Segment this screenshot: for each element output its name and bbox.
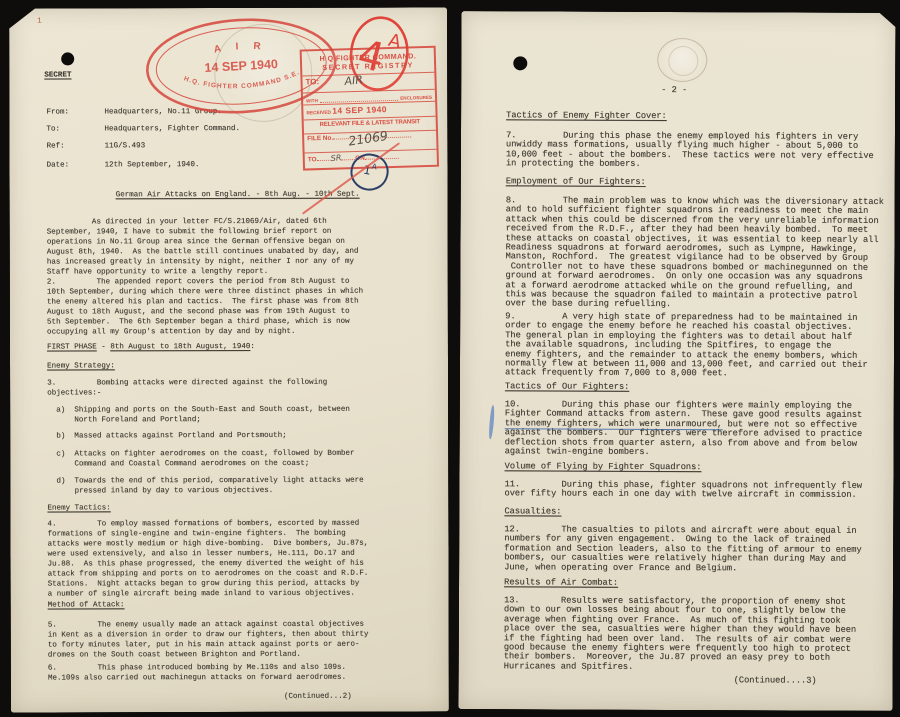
registry-received-label: RECEIVED xyxy=(306,111,331,117)
paragraph-1: As directed in your letter FC/S.21069/Ai… xyxy=(47,217,359,278)
heading-method-of-attack: Method of Attack: xyxy=(48,600,125,610)
meta-row-ref: Ref:11G/S.493 xyxy=(46,141,145,151)
classification-label: SECRET xyxy=(44,70,71,80)
paragraph-10: 10. During this phase our fighters were … xyxy=(505,400,863,458)
registry-received-date: 14 SEP 1940 xyxy=(332,104,387,116)
paragraph-6: 6. This phase introduced bombing by Me.1… xyxy=(48,663,346,684)
continued-marker-page1: (Continued...2) xyxy=(284,692,352,702)
blue-margin-tick xyxy=(488,405,495,439)
heading-enemy-tactics: Enemy Tactics: xyxy=(47,503,110,513)
heading-first-phase: FIRST PHASE - 8th August to 18th August,… xyxy=(47,342,255,353)
paragraph-10-start: 10. During this phase our fighters were … xyxy=(505,399,862,420)
registry-with-label: WITH xyxy=(306,98,318,103)
meta-ref-value: 11G/S.493 xyxy=(104,142,145,150)
heading-results-of-air-combat: Results of Air Combat: xyxy=(504,578,618,588)
heading-volume-of-flying: Volume of Flying by Fighter Squadrons: xyxy=(505,462,702,472)
heading-first-phase-colon: : xyxy=(250,343,255,351)
registry-to2-handwritten: SR xyxy=(330,153,341,163)
heading-tactics-of-our-fighters: Tactics of Our Fighters: xyxy=(505,382,629,392)
paragraph-4: 4. To employ massed formations of bomber… xyxy=(47,519,368,600)
scanned-document-background: { "page1": { "corner_mark": "1", "classi… xyxy=(0,0,900,717)
hole-punch xyxy=(61,52,74,65)
meta-row-date: Date:12th September, 1940. xyxy=(46,160,199,170)
continued-marker-page2: (Continued....3) xyxy=(734,676,817,686)
heading-first-phase-part2: 8th August to 18th August, 1940 xyxy=(110,343,250,351)
paragraph-8: 8. The main problem was to know which wa… xyxy=(505,196,884,311)
registry-to-label: TO: xyxy=(305,77,319,86)
paragraph-13: 13. Results were satisfactory, the propo… xyxy=(504,596,857,673)
list-item-c: c) Attacks on fighter aerodromes on the … xyxy=(47,449,354,470)
paragraph-3: 3. Bombing attacks were directed against… xyxy=(47,378,327,399)
letter-page-2: - 2 - Tactics of Enemy Fighter Cover: 7.… xyxy=(458,11,895,711)
meta-row-to: To:Headquarters, Fighter Command. xyxy=(46,124,240,135)
meta-to-value: Headquarters, Fighter Command. xyxy=(104,125,240,133)
heading-employment-of-fighters: Employment of Our Fighters: xyxy=(506,177,646,187)
registry-to-handwritten: AIR xyxy=(344,73,364,88)
oval-stamp-top-text: A I R xyxy=(213,40,268,56)
meta-date-value: 12th September, 1940. xyxy=(104,161,199,169)
paragraph-2: 2. The appended report covers the period… xyxy=(47,277,363,338)
embossed-seal-inner-ring xyxy=(668,46,698,76)
heading-first-phase-part1: FIRST PHASE xyxy=(47,343,97,351)
registry-to2-label: TO xyxy=(308,156,317,163)
folded-corner-crease xyxy=(7,1,37,23)
meta-to-label: To: xyxy=(46,124,104,134)
page-number: - 2 - xyxy=(661,86,687,96)
registry-subtitle: SECRET REGISTRY xyxy=(305,60,431,75)
list-item-a: a) Shipping and ports on the South-East … xyxy=(47,405,350,426)
paragraph-5: 5. The enemy usually made an attack agai… xyxy=(48,620,369,661)
heading-casualties: Casualties: xyxy=(504,507,561,517)
oval-stamp-date: 14 SEP 1940 xyxy=(204,57,278,75)
registry-enclosures-label: ENCLOSURES xyxy=(400,95,432,101)
pencil-page-mark: 1 xyxy=(37,16,42,26)
heading-enemy-fighter-cover: Tactics of Enemy Fighter Cover: xyxy=(506,111,667,121)
meta-from-label: From: xyxy=(46,107,104,117)
paragraph-12: 12. The casualties to pilots and aircraf… xyxy=(504,525,862,574)
dotted-leader xyxy=(317,160,331,161)
secret-registry-stamp: H Q FIGHTER COMMAND. SECRET REGISTRY TO:… xyxy=(300,46,439,171)
hole-punch xyxy=(513,56,527,70)
registry-header: H Q FIGHTER COMMAND. SECRET REGISTRY xyxy=(302,48,435,77)
heading-first-phase-sep: - xyxy=(97,343,111,351)
embossed-crest-seal xyxy=(657,38,707,82)
paragraph-11: 11. During this phase, fighter squadrons… xyxy=(504,480,861,500)
list-item-d: d) Towards the end of this period, compa… xyxy=(47,476,363,497)
meta-ref-label: Ref: xyxy=(46,141,104,151)
registry-file-label: FILE No. xyxy=(307,135,333,143)
letter-page-1: 1 SECRET From:Headquarters, No.11 Group.… xyxy=(9,7,449,712)
meta-date-label: Date: xyxy=(46,160,104,170)
paragraph-9: 9. A very high state of preparedness had… xyxy=(505,312,868,379)
list-item-b: b) Massed attacks against Portland and P… xyxy=(47,431,286,442)
paragraph-7: 7. During this phase the enemy employed … xyxy=(506,131,874,170)
heading-enemy-strategy: Enemy Strategy: xyxy=(47,361,115,371)
svg-text:A I R: A I R xyxy=(213,40,268,56)
